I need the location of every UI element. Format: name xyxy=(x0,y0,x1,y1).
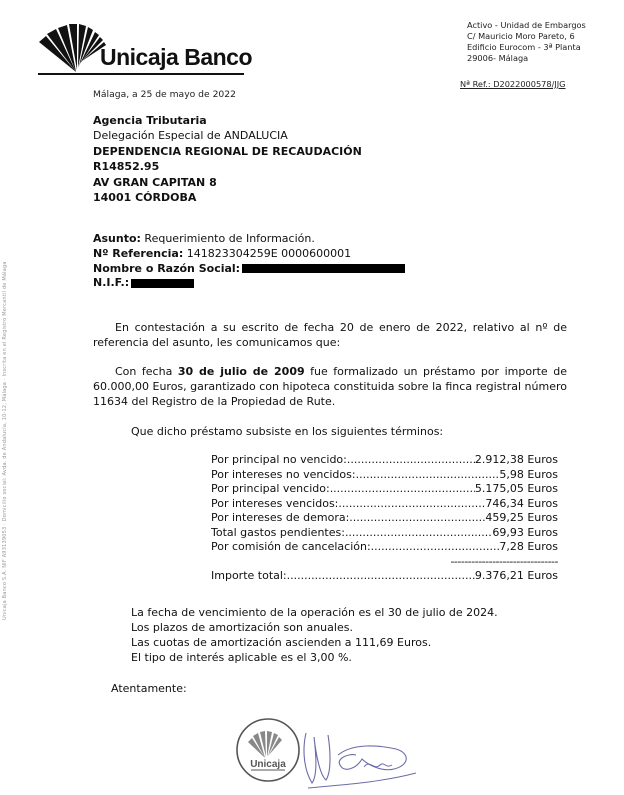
term-value: 9.376,21 Euros xyxy=(475,569,558,584)
dot-leader: ........................................… xyxy=(349,511,485,526)
term-label: Por principal no vencido: xyxy=(211,453,347,468)
recipient-delegation: Delegación Especial de ANDALUCIA xyxy=(93,128,362,143)
name-line: Nombre o Razón Social: xyxy=(93,262,405,277)
loan-text-pre: Con fecha xyxy=(115,365,178,378)
signoff: Atentamente: xyxy=(111,682,187,695)
term-label: Total gastos pendientes: xyxy=(211,526,345,541)
table-row: Por comisión de cancelación:............… xyxy=(211,540,558,555)
dot-leader: ........................................… xyxy=(330,482,475,497)
margin-legal-note: Unicaja Banco S.A. NIF A93139053 · Domic… xyxy=(2,170,8,620)
closing-line: Las cuotas de amortización ascienden a 1… xyxy=(131,635,498,650)
closing-block: La fecha de vencimiento de la operación … xyxy=(131,605,498,665)
dot-leader: ........................................… xyxy=(338,497,485,512)
recipient-name: Agencia Tributaria xyxy=(93,113,362,128)
reference-label: Nº Referencia: xyxy=(93,247,183,260)
recipient-code: R14852.95 xyxy=(93,159,362,174)
logo-underline xyxy=(38,73,244,75)
reference-number: Nª Ref.: D2022000578/JJG xyxy=(460,79,566,89)
sender-address: Activo - Unidad de Embargos C/ Mauricio … xyxy=(467,20,586,64)
recipient-city: 14001 CÓRDOBA xyxy=(93,190,362,205)
term-value: 5.175,05 Euros xyxy=(475,482,558,497)
term-label: Por intereses de demora: xyxy=(211,511,349,526)
terms-table: Por principal no vencido:...............… xyxy=(211,453,558,583)
table-row: Total gastos pendientes:................… xyxy=(211,526,558,541)
terms-intro: Que dicho préstamo subsiste en los sigui… xyxy=(131,425,443,438)
signature-icon xyxy=(298,725,418,790)
dot-leader: ........................................… xyxy=(345,526,492,541)
intro-paragraph: En contestación a su escrito de fecha 20… xyxy=(93,320,567,350)
term-value: 2.912,38 Euros xyxy=(475,453,558,468)
sender-address-line: 29006- Málaga xyxy=(467,53,586,64)
nif-label: N.I.F.: xyxy=(93,276,129,289)
subject-block: Asunto: Requerimiento de Información. Nº… xyxy=(93,232,405,291)
sender-address-line: Activo - Unidad de Embargos xyxy=(467,20,586,31)
total-row: Importe total: .........................… xyxy=(211,569,558,584)
dot-leader: ........................................… xyxy=(347,453,475,468)
subject-line: Asunto: Requerimiento de Información. xyxy=(93,232,405,247)
company-stamp-icon: Unicaja xyxy=(234,716,302,784)
subject-label: Asunto: xyxy=(93,232,141,245)
dot-leader: ........................................… xyxy=(356,468,500,483)
term-value: 746,34 Euros xyxy=(485,497,558,512)
closing-line: Los plazos de amortización son anuales. xyxy=(131,620,498,635)
sender-address-line: C/ Mauricio Moro Pareto, 6 xyxy=(467,31,586,42)
term-value: 459,25 Euros xyxy=(485,511,558,526)
recipient-street: AV GRAN CAPITAN 8 xyxy=(93,175,362,190)
term-label: Importe total: xyxy=(211,569,287,584)
stamp-text: Unicaja xyxy=(250,759,286,770)
sender-address-line: Edificio Eurocom - 3ª Planta xyxy=(467,42,586,53)
term-value: 69,93 Euros xyxy=(492,526,558,541)
dot-leader: ........................................… xyxy=(371,540,500,555)
letter-date: Málaga, a 25 de mayo de 2022 xyxy=(93,89,236,100)
term-label: Por intereses vencidos: xyxy=(211,497,338,512)
nif-line: N.I.F.: xyxy=(93,276,405,291)
closing-line: La fecha de vencimiento de la operación … xyxy=(131,605,498,620)
term-label: Por principal vencido: xyxy=(211,482,330,497)
term-value: 7,28 Euros xyxy=(499,540,558,555)
table-row: Por intereses de demora:................… xyxy=(211,511,558,526)
term-label: Por comisión de cancelación: xyxy=(211,540,371,555)
table-row: Por intereses no vencidos: .............… xyxy=(211,468,558,483)
brand-name: Unicaja Banco xyxy=(100,44,252,71)
reference-value: 141823304259E 0000600001 xyxy=(183,247,351,260)
closing-line: El tipo de interés aplicable es el 3,00 … xyxy=(131,650,498,665)
name-label: Nombre o Razón Social: xyxy=(93,262,240,275)
term-label: Por intereses no vencidos: xyxy=(211,468,356,483)
recipient-department: DEPENDENCIA REGIONAL DE RECAUDACIÓN xyxy=(93,144,362,159)
table-row: Por principal no vencido:...............… xyxy=(211,453,558,468)
recipient-block: Agencia Tributaria Delegación Especial d… xyxy=(93,113,362,205)
reference-line: Nº Referencia: 141823304259E 0000600001 xyxy=(93,247,405,262)
table-row: Por principal vencido: .................… xyxy=(211,482,558,497)
name-redaction xyxy=(242,264,405,273)
table-row: Por intereses vencidos:.................… xyxy=(211,497,558,512)
loan-date: 30 de julio de 2009 xyxy=(178,365,305,378)
nif-redaction xyxy=(131,279,194,288)
term-value: 5,98 Euros xyxy=(499,468,558,483)
total-separator: ------------------------------- xyxy=(211,555,558,569)
dot-leader: ........................................… xyxy=(287,569,475,584)
loan-paragraph: Con fecha 30 de julio de 2009 fue formal… xyxy=(93,364,567,409)
subject-value: Requerimiento de Información. xyxy=(141,232,315,245)
